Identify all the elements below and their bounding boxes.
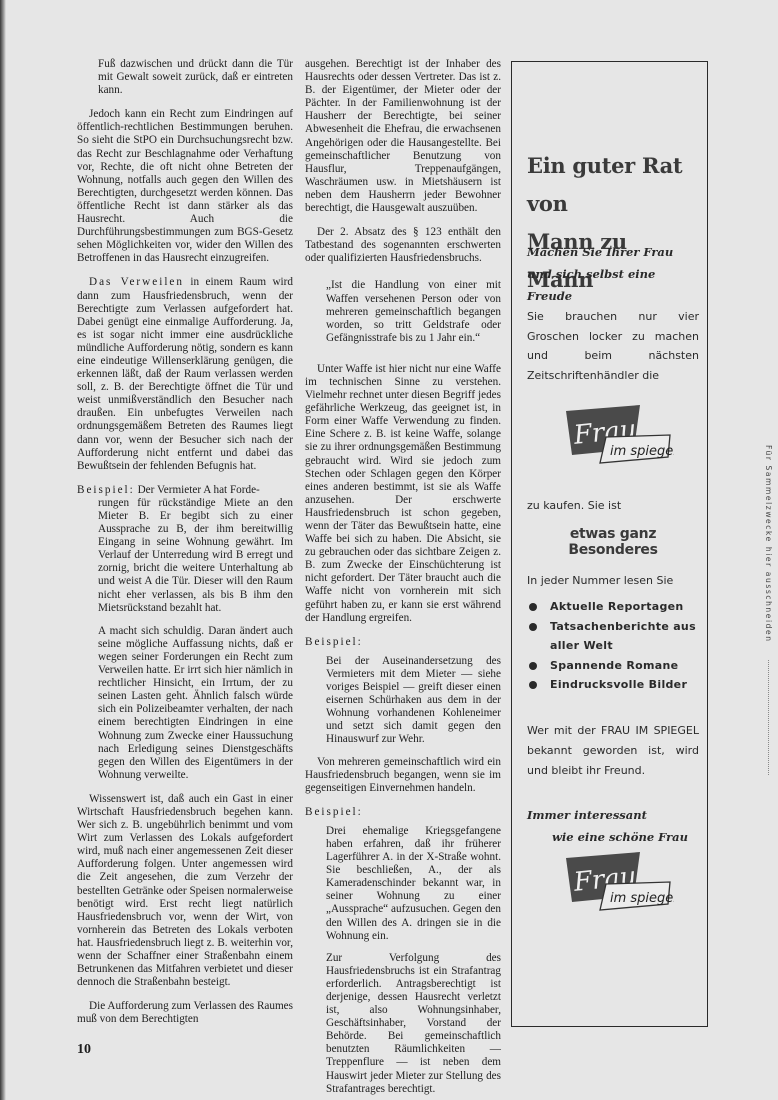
page-binding-edge (0, 0, 6, 1100)
paragraph-absatz-123: Der 2. Absatz des § 123 enthält den Tatb… (305, 226, 501, 265)
svg-text:im spiegel: im spiegel (610, 891, 674, 906)
example-3-text: Drei ehemalige Kriegsgefangene haben erf… (326, 825, 501, 943)
ad-feature-item: Spannende Romane (527, 656, 702, 676)
example-2: Bei der Auseinandersetzung des Vermieter… (305, 655, 501, 747)
ad-feature-item: Aktuelle Reportagen (527, 597, 702, 617)
paragraph-gemeinschaftlich: Von mehreren gemeinschaftlich wird ein H… (305, 756, 501, 795)
article-column-middle: ausgehen. Berechtigt ist der Inhaber des… (305, 58, 501, 1100)
example-2-text: Bei der Auseinandersetzung des Vermieter… (326, 655, 501, 747)
ad-special-text: etwas ganz Besonderes (527, 526, 699, 558)
paragraph-aufforderung: Die Aufforderung zum Verlassen des Raume… (77, 1000, 293, 1026)
ad-feature-list: Aktuelle Reportagen Tatsachenberichte au… (527, 597, 702, 695)
bullet-icon (529, 662, 537, 670)
bullet-icon (529, 603, 537, 611)
example-3-label: Beispiel: (305, 806, 501, 819)
ad-feature-item: Tatsachenberichte aus aller Welt (527, 617, 702, 656)
example-3: Drei ehemalige Kriegsgefangene haben erf… (305, 825, 501, 1096)
example-1-text: rungen für rückständige Miete an den Mie… (77, 497, 293, 615)
ad-friend-text: Wer mit der FRAU IM SPIEGEL bekannt gewo… (527, 721, 699, 781)
ad-feature-item: Eindrucksvolle Bilder (527, 675, 702, 695)
svg-text:im spiegel: im spiegel (610, 444, 674, 459)
ad-buy-text: zu kaufen. Sie ist (527, 499, 699, 512)
paragraph-berechtigt: ausgehen. Berechtigt ist der Inhaber des… (305, 58, 501, 215)
frau-im-spiegel-logo-icon: Frau im spiegel (564, 852, 674, 914)
paragraph-verweilen: Das Verweilen in einem Raum wird dann zu… (77, 276, 293, 472)
legal-quote: „Ist die Handlung von einer mit Waffen v… (305, 279, 501, 344)
example-2-label: Beispiel: (305, 636, 501, 649)
example-3-note: Zur Verfolgung des Hausfriedensbruchs is… (326, 952, 501, 1096)
ad-list-intro: In jeder Nummer lesen Sie (527, 574, 699, 587)
paragraph-continuation: Fuß dazwischen und drückt dann die Tür m… (77, 58, 293, 97)
frau-im-spiegel-logo-icon: Frau im spiegel (564, 405, 674, 467)
paragraph-public-law: Jedoch kann ein Recht zum Eindringen auf… (77, 108, 293, 265)
bullet-icon (529, 681, 537, 689)
advertisement-box: Ein guter Rat von Mann zu Mann Machen Si… (511, 61, 708, 1027)
paragraph-waffe: Unter Waffe ist hier nicht nur eine Waff… (305, 363, 501, 625)
cut-instruction: Für Sammelzwecke hier ausschneiden (764, 445, 773, 643)
page-number: 10 (77, 1042, 91, 1058)
example-1-result: A macht sich schuldig. Daran ändert auch… (77, 625, 293, 782)
example-1: Beispiel: Der Vermieter A hat Forde- run… (77, 484, 293, 615)
cut-line (768, 660, 769, 775)
bullet-icon (529, 623, 537, 631)
paragraph-gast: Wissenswert ist, daß auch ein Gast in ei… (77, 793, 293, 989)
article-column-left: Fuß dazwischen und drückt dann die Tür m… (77, 58, 293, 1037)
paragraph-lead: Das Verweilen (89, 276, 184, 288)
ad-slogan: Immer interessant wie eine schöne Frau (527, 804, 702, 848)
example-label: Beispiel: (77, 484, 135, 496)
ad-subhead: Machen Sie Ihrer Frau und sich selbst ei… (527, 241, 702, 307)
ad-body-text: Sie brauchen nur vier Groschen locker zu… (527, 307, 699, 385)
